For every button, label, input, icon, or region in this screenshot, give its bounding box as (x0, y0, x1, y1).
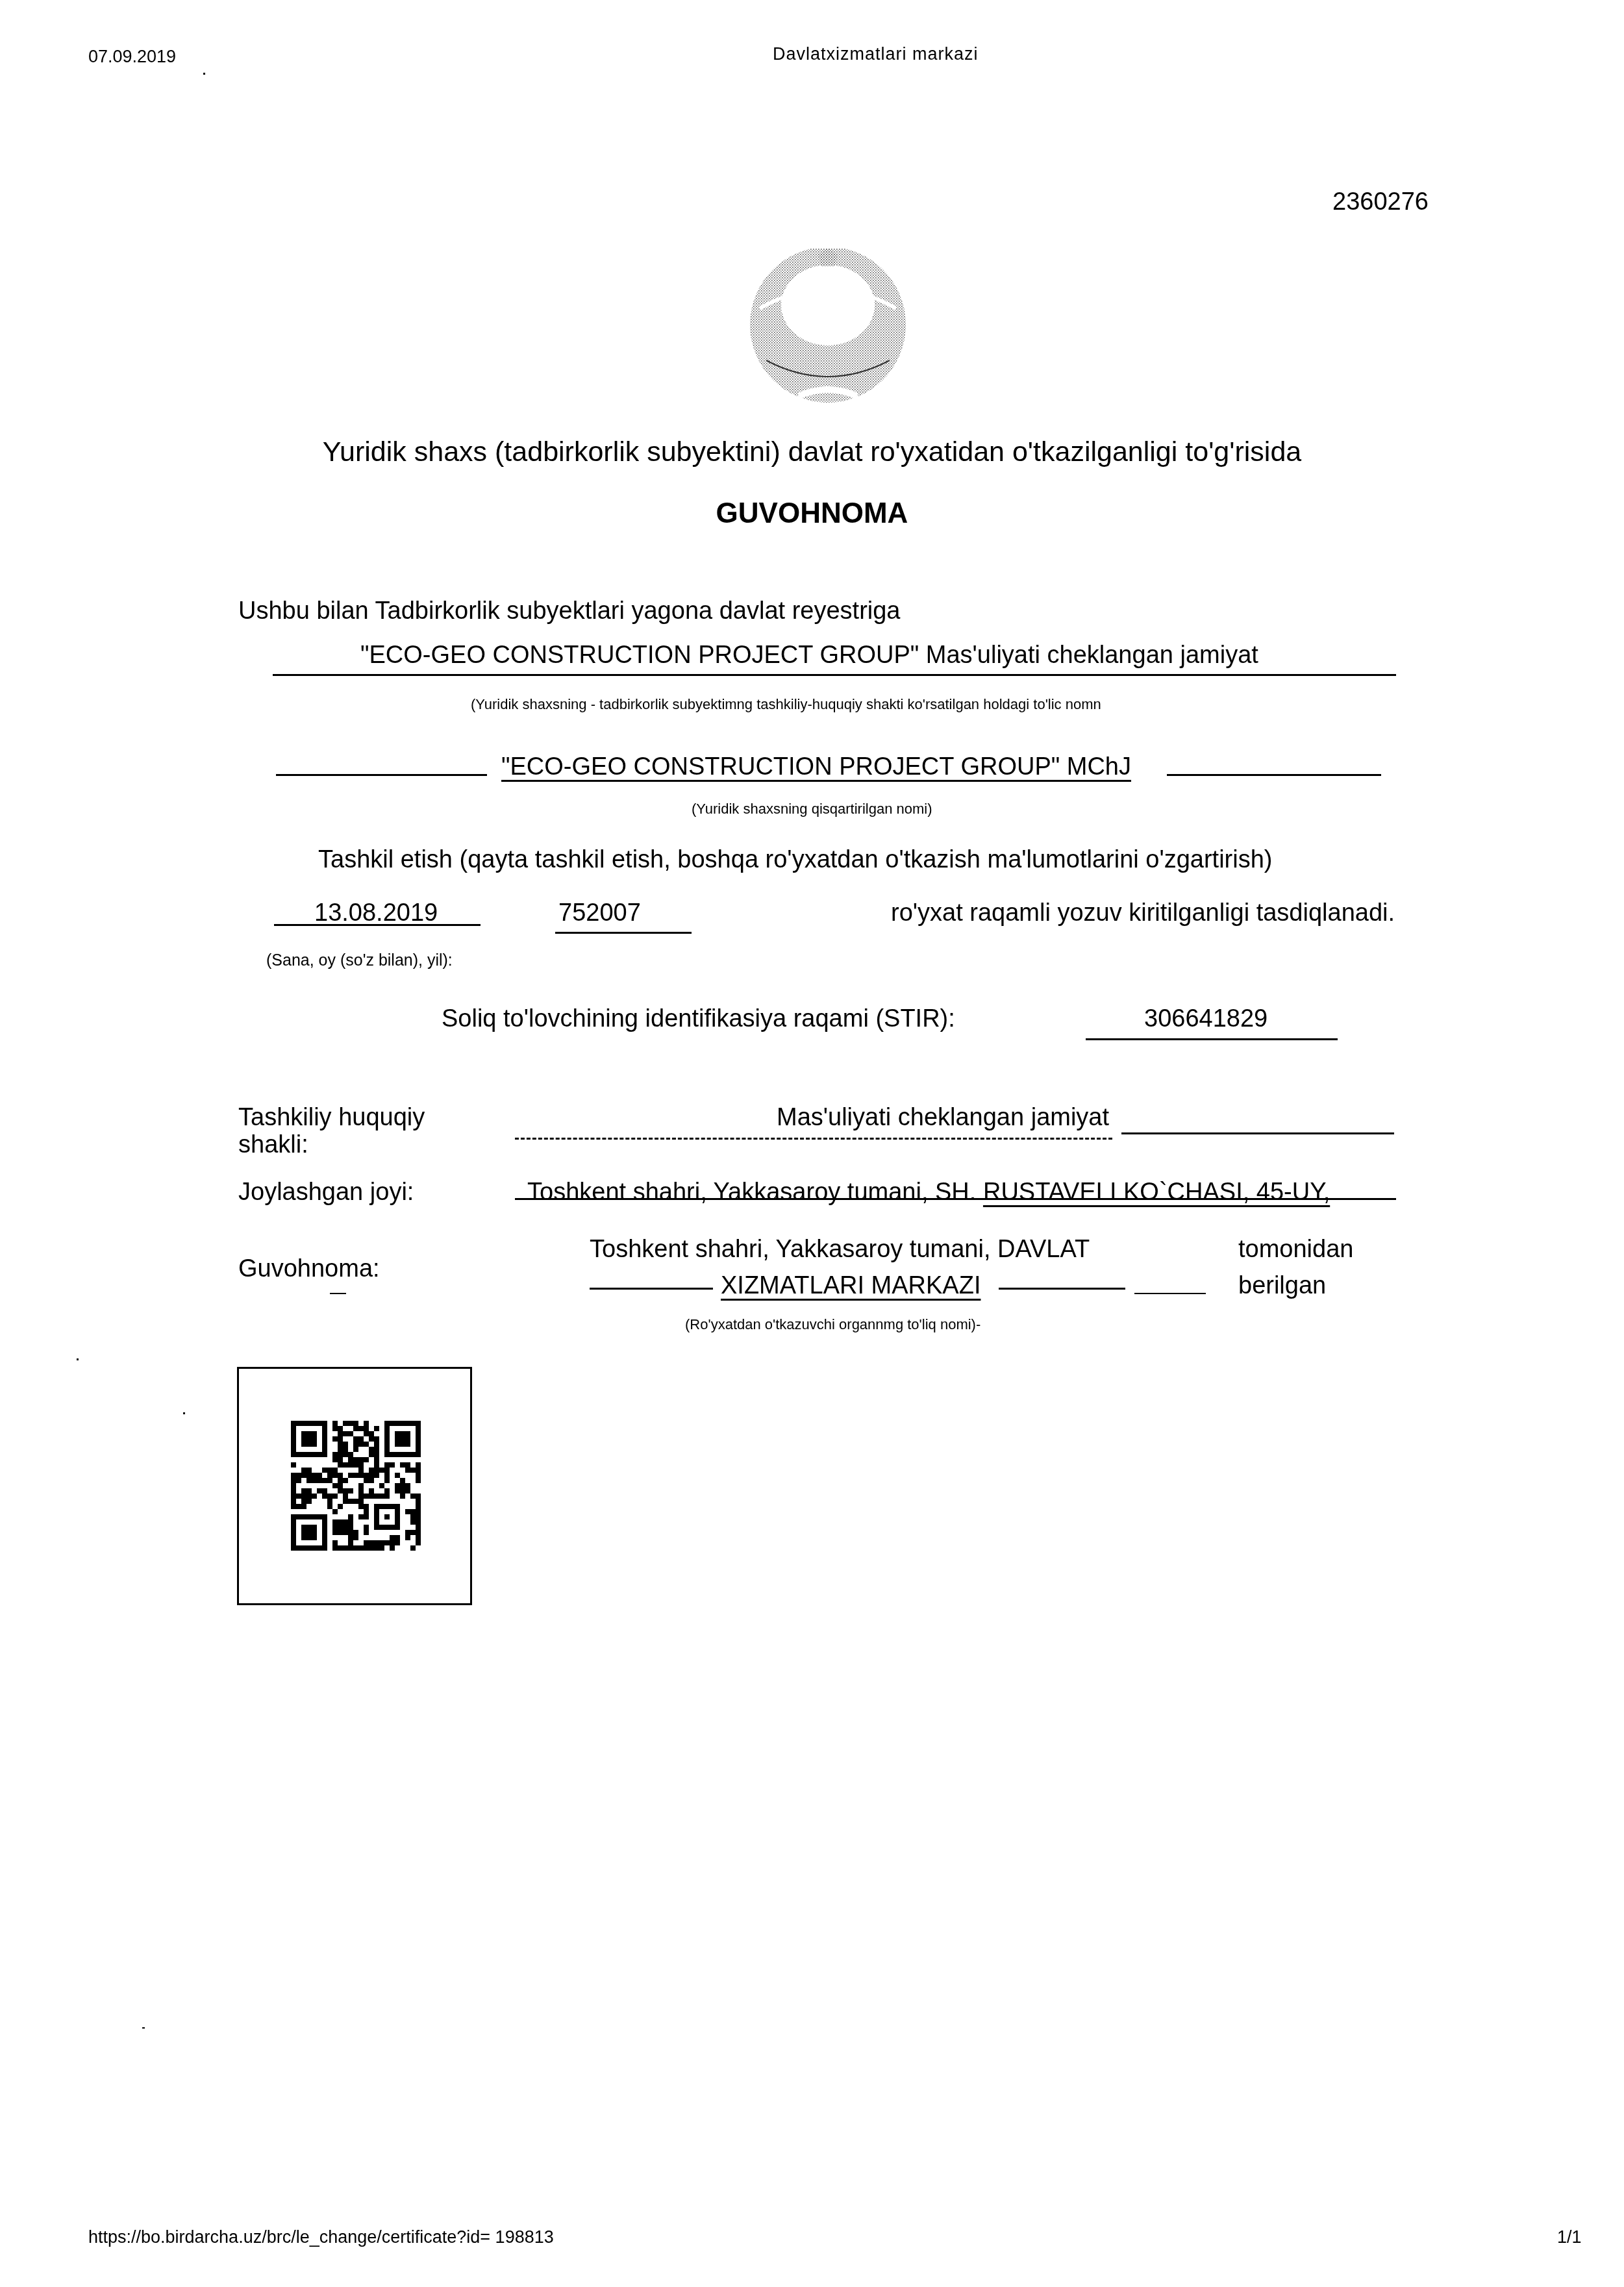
address-underlined: RUSTAVELI KO`CHASI, 45-UY, (983, 1179, 1330, 1206)
issuer-underline-right (999, 1288, 1125, 1290)
issuer-line-2: XIZMATLARI MARKAZI (721, 1272, 981, 1300)
legal-form-value: Mas'uliyati cheklangan jamiyat (777, 1104, 1109, 1132)
legal-form-dashed-line (515, 1138, 1112, 1140)
print-url: https://bo.birdarcha.uz/brc/le_change/ce… (88, 2227, 554, 2247)
stir-value: 306641829 (1144, 1005, 1268, 1033)
registration-action: Tashkil etish (qayta tashkil etish, bosh… (318, 846, 1272, 874)
issued-by-1: tomonidan (1238, 1236, 1353, 1264)
short-name-line-right (1167, 774, 1381, 776)
address-label: Joylashgan joyi: (238, 1179, 414, 1206)
legal-form-label-2: shakli: (238, 1131, 308, 1159)
date-caption: (Sana, oy (so'z bilan), yil): (266, 951, 453, 970)
scan-speck (203, 73, 205, 75)
registration-confirmation: ro'yxat raqamli yozuv kiritilganligi tas… (891, 899, 1395, 927)
registration-date: 13.08.2019 (314, 899, 438, 927)
print-page-number: 1/1 (1557, 2227, 1582, 2247)
intro-text: Ushbu bilan Tadbirkorlik subyektlari yag… (238, 597, 901, 625)
scan-speck (183, 1412, 185, 1414)
legal-form-underline (1121, 1132, 1394, 1134)
scan-speck (142, 2027, 145, 2029)
state-emblem-icon (740, 231, 916, 409)
issuer-line-1: Toshkent shahri, Yakkasaroy tumani, DAVL… (590, 1236, 1090, 1264)
issued-by-2: berilgan (1238, 1272, 1326, 1300)
stir-underline (1086, 1038, 1338, 1040)
address-value: Toshkent shahri, Yakkasaroy tumani, SH. … (527, 1179, 1330, 1206)
print-date: 07.09.2019 (88, 47, 176, 67)
issuer-underline-left (590, 1288, 713, 1290)
stir-label: Soliq to'lovchining identifikasiya raqam… (442, 1005, 955, 1033)
document-number: 2360276 (1332, 188, 1429, 216)
qr-code-frame (237, 1367, 472, 1605)
document-title-line: Yuridik shaxs (tadbirkorlik subyektini) … (0, 436, 1624, 468)
short-name-line-left (276, 774, 487, 776)
short-name-caption: (Yuridik shaxsning qisqartirilgan nomi) (692, 801, 932, 818)
qr-code-icon (291, 1421, 421, 1551)
legal-form-label-1: Tashkiliy huquqiy (238, 1104, 425, 1132)
issuer-caption: (Ro'yxatdan o'tkazuvchi organnmg to'liq … (685, 1316, 981, 1333)
issuer-underline-far-left (330, 1293, 346, 1294)
issuer-underline-far-right (1134, 1293, 1206, 1294)
full-name-caption: (Yuridik shaxsning - tadbirkorlik subyek… (471, 696, 1101, 713)
address-plain: Toshkent shahri, Yakkasaroy tumani, SH. (527, 1179, 983, 1206)
print-site-title: Davlatxizmatlari markazi (773, 44, 979, 64)
registration-number: 752007 (558, 899, 641, 927)
short-legal-name: "ECO-GEO CONSTRUCTION PROJECT GROUP" MCh… (501, 753, 1131, 781)
full-legal-name: "ECO-GEO CONSTRUCTION PROJECT GROUP" Mas… (360, 642, 1258, 669)
full-name-underline (273, 674, 1396, 676)
registration-number-underline (555, 932, 692, 934)
document-title-main: GUVOHNOMA (0, 497, 1624, 530)
scan-speck (77, 1358, 79, 1360)
registration-date-underline (274, 924, 481, 926)
certificate-label: Guvohnoma: (238, 1255, 380, 1283)
address-underline (515, 1198, 1396, 1200)
